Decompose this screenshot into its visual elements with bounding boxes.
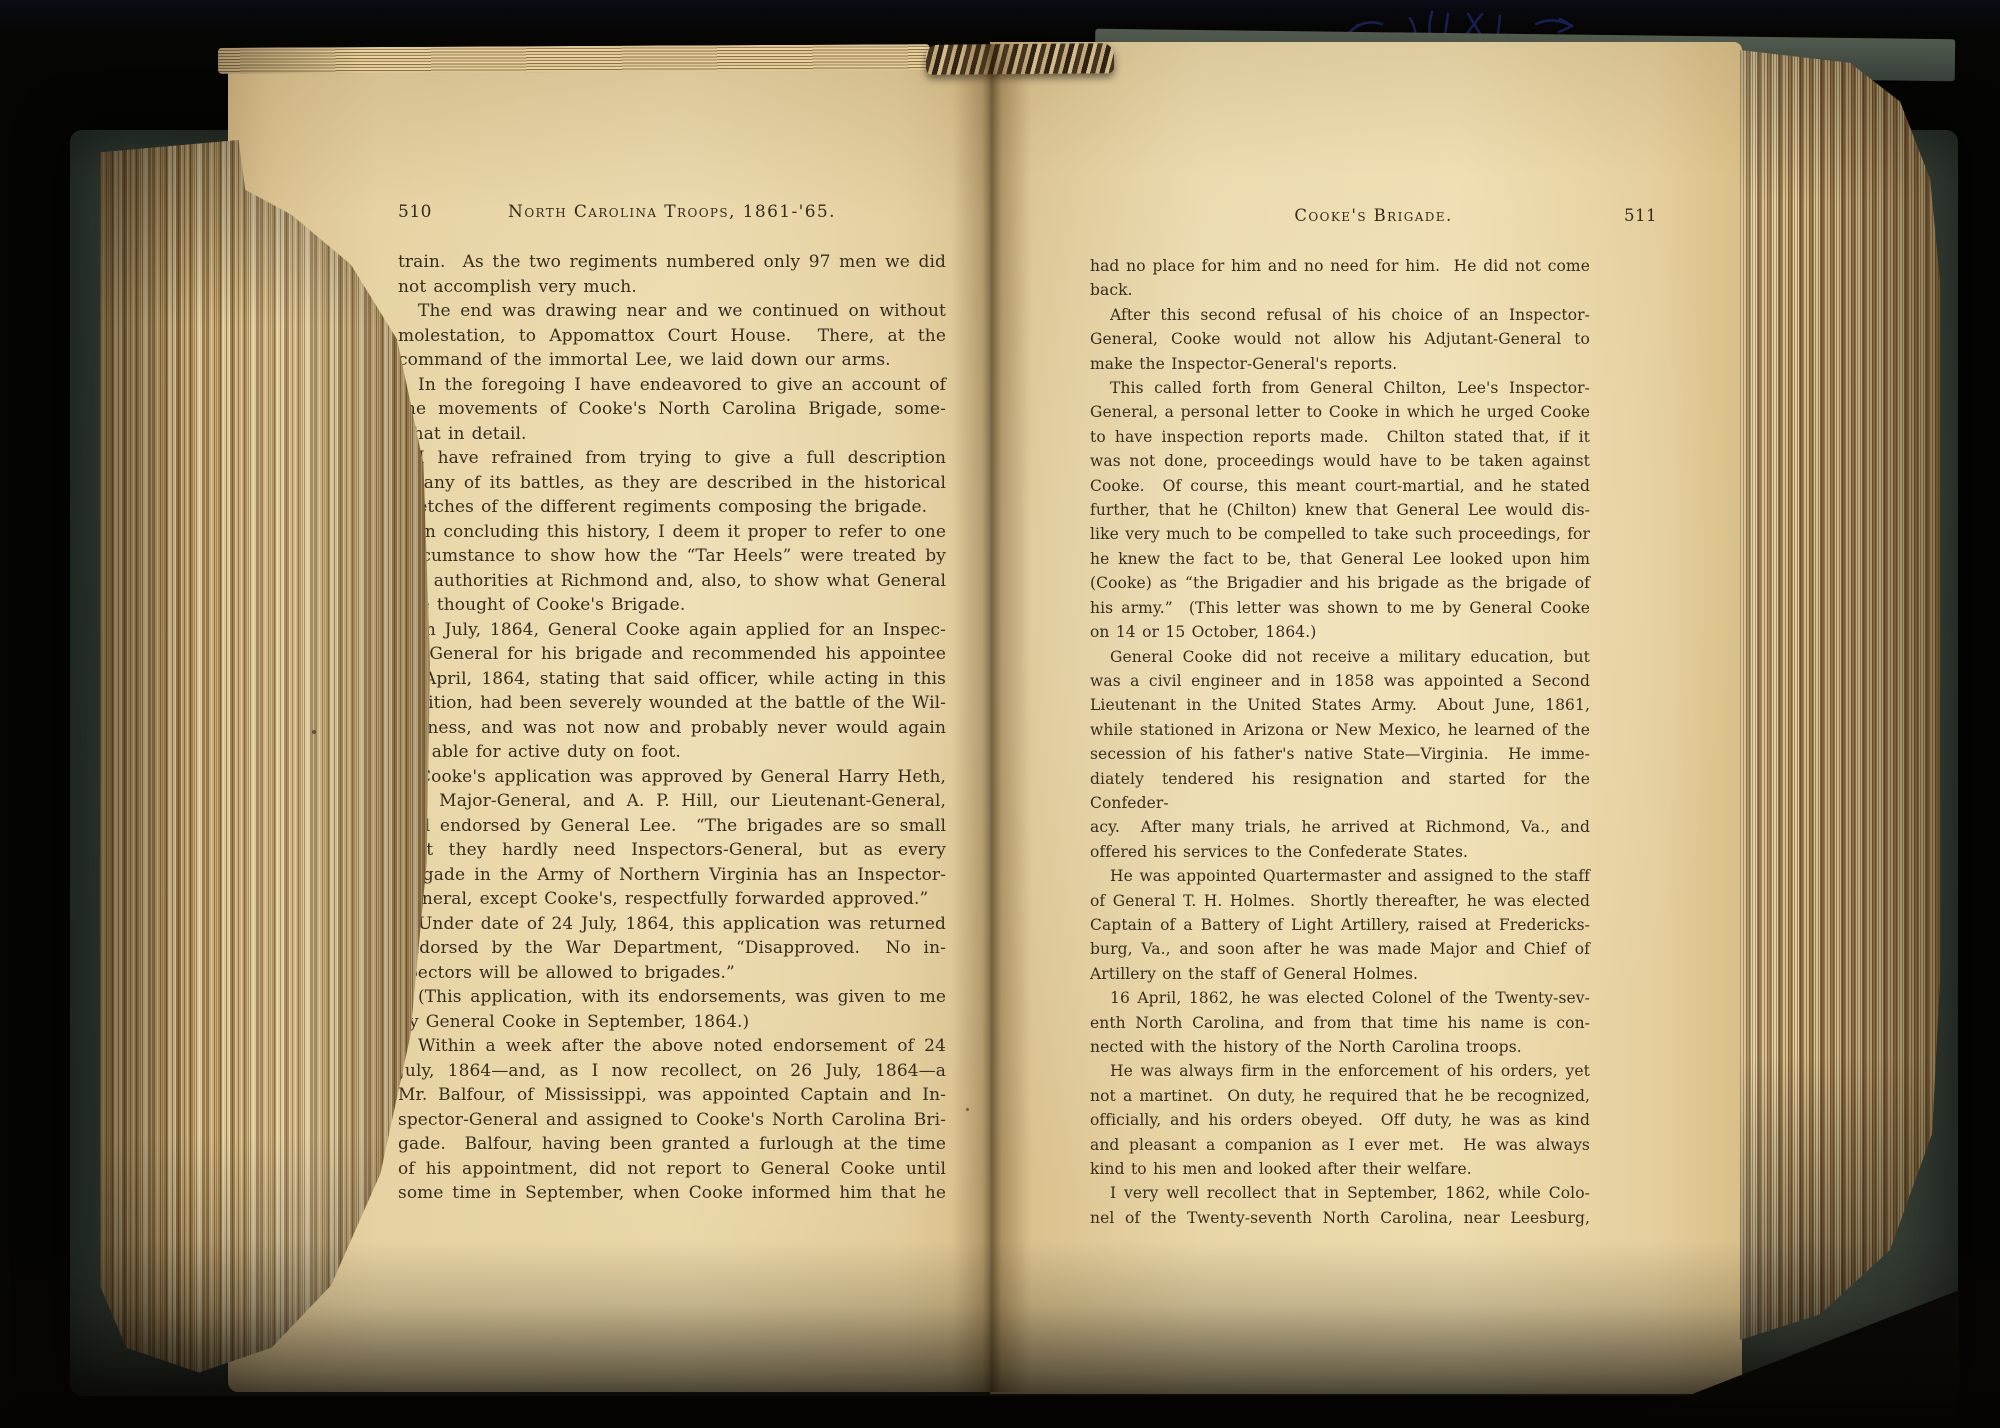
text-line: General, except Cooke's, respectfully fo… [398,887,946,912]
text-line: In concluding this history, I deem it pr… [398,520,946,545]
text-line: that they hardly need Inspectors-General… [398,838,946,863]
running-header: North Carolina Troops, 1861-'65. [398,202,946,222]
text-line: 16 April, 1862, he was elected Colonel o… [1090,986,1590,1010]
text-line: nel of the Twenty-seventh North Carolina… [1090,1206,1590,1230]
text-line: He was always firm in the enforcement of… [1090,1059,1590,1083]
text-line: (Cooke) as “the Brigadier and his brigad… [1090,571,1590,595]
text-line: of his appointment, did not report to Ge… [398,1157,946,1182]
top-page-edges [218,44,930,74]
text-line: In the foregoing I have endeavored to gi… [398,373,946,398]
text-line: Lieutenant in the United States Army. Ab… [1090,693,1590,717]
right-page-edge-stack [1740,50,1940,1340]
text-line: some time in September, when Cooke infor… [398,1181,946,1206]
text-line: I very well recollect that in September,… [1090,1181,1590,1205]
text-line: burg, Va., and soon after he was made Ma… [1090,937,1590,961]
dust-speck [312,730,316,734]
text-line: on 14 or 15 October, 1864.) [1090,620,1590,644]
text-line: nected with the history of the North Car… [1090,1035,1590,1059]
text-line: brigade in the Army of Northern Virginia… [398,863,946,888]
text-line: Lee thought of Cooke's Brigade. [398,593,946,618]
text-line: of any of its battles, as they are descr… [398,471,946,496]
text-line: was not done, proceedings would have to … [1090,449,1590,473]
text-line: his army.” (This letter was shown to me … [1090,596,1590,620]
background-tint [0,0,2000,30]
page-header: 510 North Carolina Troops, 1861-'65. [398,202,946,222]
text-line: not accomplish very much. [398,275,946,300]
right-page: Cooke's Brigade. 511 had no place for hi… [990,42,1742,1394]
text-line: officially, and his orders obeyed. Off d… [1090,1108,1590,1132]
text-line: spectors will be allowed to brigades.” [398,961,946,986]
text-line: molestation, to Appomattox Court House. … [398,324,946,349]
text-line: what in detail. [398,422,946,447]
text-line: make the Inspector-General's reports. [1090,352,1590,376]
text-line: Cooke's application was approved by Gene… [398,765,946,790]
text-line: tor-General for his brigade and recommen… [398,642,946,667]
text-line: not a martinet. On duty, he required tha… [1090,1084,1590,1108]
text-line: to have inspection reports made. Chilton… [1090,425,1590,449]
text-line: The end was drawing near and we continue… [398,299,946,324]
text-line: of April, 1864, stating that said office… [398,667,946,692]
text-line: derness, and was not now and probably ne… [398,716,946,741]
text-line: was a civil engineer and in 1858 was app… [1090,669,1590,693]
page-header: Cooke's Brigade. 511 [1090,206,1657,225]
text-column: train. As the two regiments numbered onl… [398,250,946,1206]
photo-scene: 510 North Carolina Troops, 1861-'65. tra… [0,0,2000,1428]
text-line: Artillery on the staff of General Holmes… [1090,962,1590,986]
text-line: the authorities at Richmond and, also, t… [398,569,946,594]
text-line: I have refrained from trying to give a f… [398,446,946,471]
text-line: Under date of 24 July, 1864, this applic… [398,912,946,937]
text-line: like very much to be compelled to take s… [1090,522,1590,546]
text-line: acy. After many trials, he arrived at Ri… [1090,815,1590,839]
text-line: and pleasant a companion as I ever met. … [1090,1133,1590,1157]
text-line: enth North Carolina, and from that time … [1090,1011,1590,1035]
text-line: spector-General and assigned to Cooke's … [398,1108,946,1133]
text-line: gade. Balfour, having been granted a fur… [398,1132,946,1157]
text-line: and endorsed by General Lee. “The brigad… [398,814,946,839]
text-line: In July, 1864, General Cooke again appli… [398,618,946,643]
text-line: secession of his father's native State—V… [1090,742,1590,766]
text-line: Cooke. Of course, this meant court-marti… [1090,474,1590,498]
text-line: sketches of the different regiments comp… [398,495,946,520]
text-line: he knew the fact to be, that General Lee… [1090,547,1590,571]
text-line: by General Cooke in September, 1864.) [398,1010,946,1035]
text-line: train. As the two regiments numbered onl… [398,250,946,275]
text-line: endorsed by the War Department, “Disappr… [398,936,946,961]
text-line: Mr. Balfour, of Mississippi, was appoint… [398,1083,946,1108]
text-line: back. [1090,278,1590,302]
text-line: July, 1864—and, as I now recollect, on 2… [398,1059,946,1084]
page-number: 511 [1624,206,1657,225]
text-column: had no place for him and no need for him… [1090,254,1590,1230]
text-line: After this second refusal of his choice … [1090,303,1590,327]
text-line: of General T. H. Holmes. Shortly thereaf… [1090,889,1590,913]
text-line: circumstance to show how the “Tar Heels”… [398,544,946,569]
text-line: General, Cooke would not allow his Adjut… [1090,327,1590,351]
text-line: Within a week after the above noted endo… [398,1034,946,1059]
text-line: command of the immortal Lee, we laid dow… [398,348,946,373]
dust-speck [966,1108,969,1111]
running-header: Cooke's Brigade. [1090,206,1657,225]
text-line: further, that he (Chilton) knew that Gen… [1090,498,1590,522]
text-line: kind to his men and looked after their w… [1090,1157,1590,1181]
text-line: (This application, with its endorsements… [398,985,946,1010]
page-number: 510 [398,202,432,222]
text-line: had no place for him and no need for him… [1090,254,1590,278]
text-line: offered his services to the Confederate … [1090,840,1590,864]
text-line: diately tendered his resignation and sta… [1090,767,1590,816]
text-line: General, a personal letter to Cooke in w… [1090,400,1590,424]
text-line: Captain of a Battery of Light Artillery,… [1090,913,1590,937]
text-line: while stationed in Arizona or New Mexico… [1090,718,1590,742]
text-line: This called forth from General Chilton, … [1090,376,1590,400]
text-line: He was appointed Quartermaster and assig… [1090,864,1590,888]
text-line: our Major-General, and A. P. Hill, our L… [398,789,946,814]
text-line: General Cooke did not receive a military… [1090,645,1590,669]
text-line: the movements of Cooke's North Carolina … [398,397,946,422]
text-line: be, able for active duty on foot. [398,740,946,765]
headband-icon [926,43,1114,75]
text-line: position, had been severely wounded at t… [398,691,946,716]
